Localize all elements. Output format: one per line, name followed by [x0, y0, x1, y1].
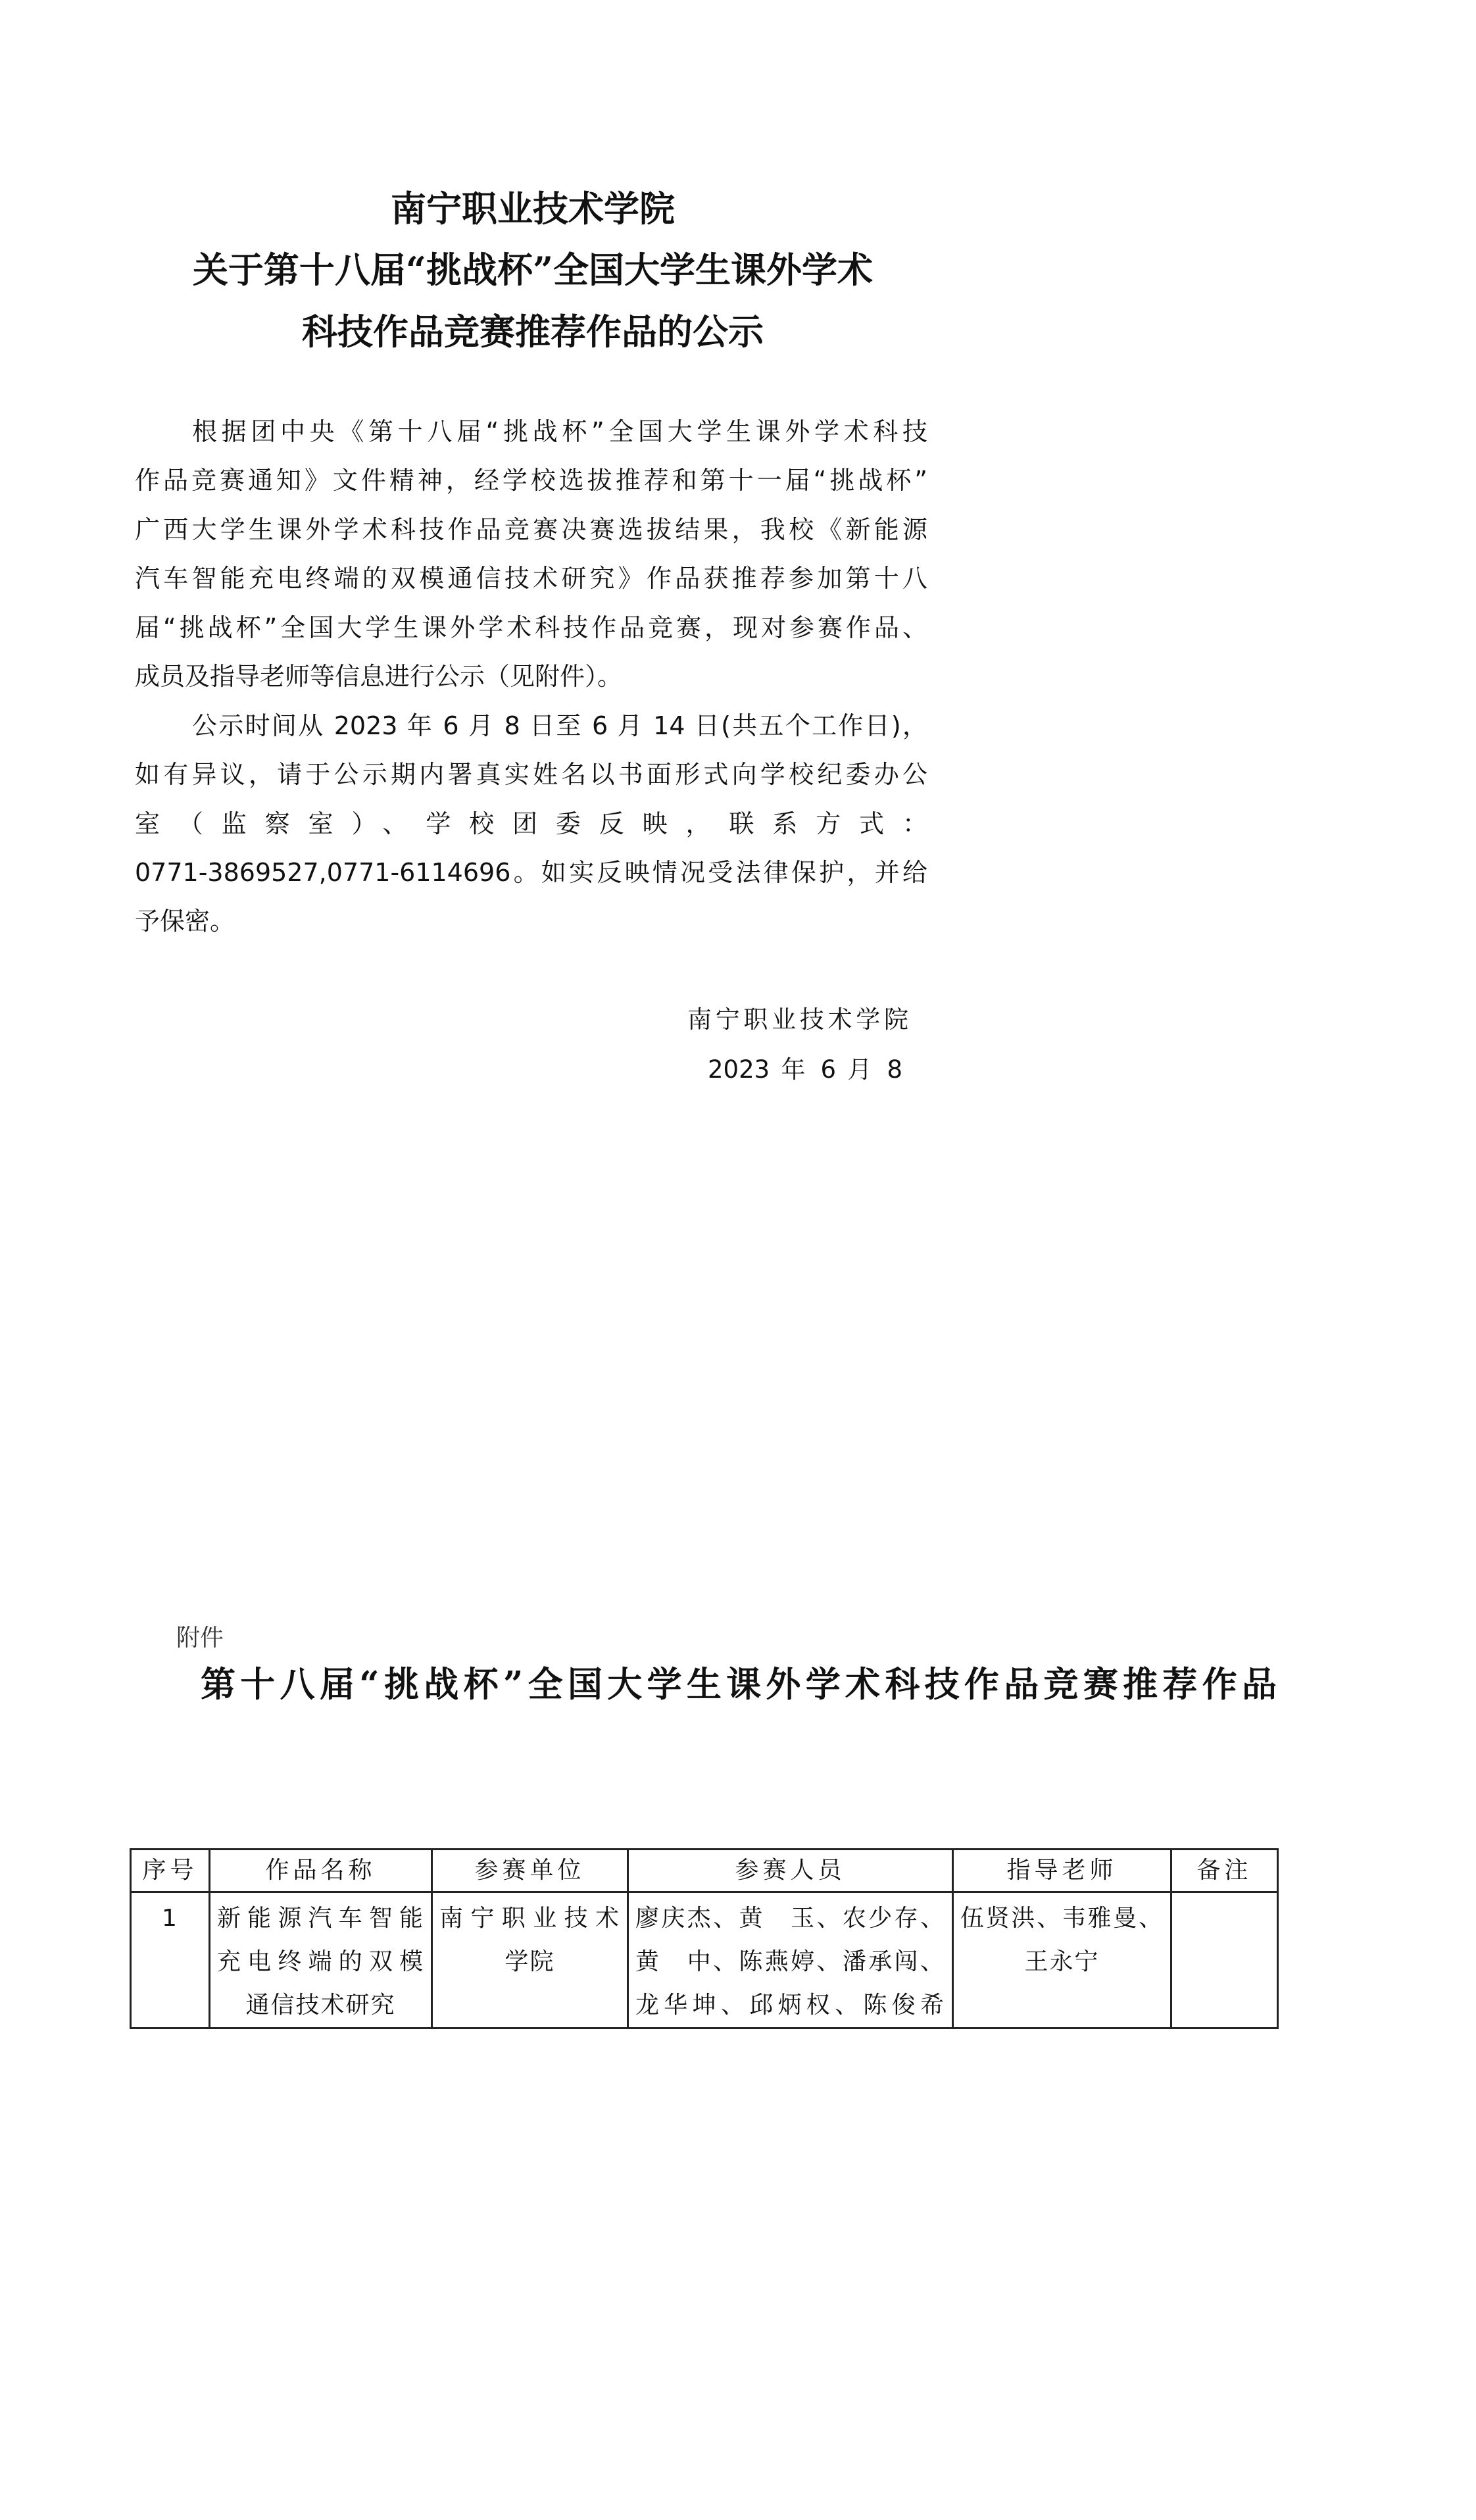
members-line: 廖庆杰、黄 玉、农少存、	[629, 1897, 952, 1940]
notice-title-line-3: 科技作品竞赛推荐作品的公示	[135, 312, 931, 351]
cell-index-value: 1	[132, 1897, 209, 1940]
work-name-line: 通信技术研究	[210, 1984, 431, 2027]
advisors-line: 王永宁	[954, 1940, 1170, 1984]
work-name-line: 新能源汽车智能	[210, 1897, 431, 1940]
paragraph-2-line: 予保密。	[135, 907, 927, 937]
column-header-unit: 参赛单位	[432, 1850, 628, 1892]
table-header-row: 序号 作品名称 参赛单位 参赛人员 指导老师 备注	[131, 1850, 1278, 1892]
paragraph-2-line: 0771-3869527,0771-6114696。如实反映情况受法律保护，并给	[135, 858, 927, 888]
unit-line: 南宁职业技术	[433, 1897, 627, 1940]
work-name-line: 充电终端的双模	[210, 1940, 431, 1984]
cell-remarks	[1171, 1892, 1278, 2029]
column-header-advisors: 指导老师	[953, 1850, 1171, 1892]
cell-members: 廖庆杰、黄 玉、农少存、 黄 中、陈燕婷、潘承闯、 龙华坤、邱炳权、陈俊希	[628, 1892, 953, 2029]
column-header-index: 序号	[131, 1850, 210, 1892]
cell-index: 1	[131, 1892, 210, 2029]
annex-title: 第十八届“挑战杯”全国大学生课外学术科技作品竞赛推荐作品	[201, 1665, 1277, 1707]
paragraph-2-line: 如有异议，请于公示期内署真实姓名以书面形式向学校纪委办公	[135, 760, 927, 790]
signature-org: 南宁职业技术学院	[687, 1005, 908, 1036]
cell-advisors: 伍贤洪、韦雅曼、 王永宁	[953, 1892, 1171, 2029]
recommended-works-table: 序号 作品名称 参赛单位 参赛人员 指导老师 备注 1 新能源汽车智能 充电终端…	[130, 1848, 1279, 2029]
cell-unit: 南宁职业技术 学院	[432, 1892, 628, 2029]
paragraph-1-line: 汽车智能充电终端的双模通信技术研究》作品获推荐参加第十八	[135, 564, 927, 594]
table-row: 1 新能源汽车智能 充电终端的双模 通信技术研究 南宁职业技术 学院 廖庆杰、黄…	[131, 1892, 1278, 2029]
column-header-work-name: 作品名称	[210, 1850, 432, 1892]
advisors-line: 伍贤洪、韦雅曼、	[954, 1897, 1170, 1940]
notice-title-line-1: 南宁职业技术学院	[135, 189, 931, 228]
signature-date: 2023 年 6 月 8 日	[708, 1055, 902, 1086]
column-header-members: 参赛人员	[628, 1850, 953, 1892]
paragraph-1-line: 广西大学生课外学术科技作品竞赛决赛选拔结果，我校《新能源	[135, 515, 927, 545]
remarks-value	[1172, 1897, 1277, 1940]
cell-work-name: 新能源汽车智能 充电终端的双模 通信技术研究	[210, 1892, 432, 2029]
members-line: 黄 中、陈燕婷、潘承闯、	[629, 1940, 952, 1984]
notice-title-line-2: 关于第十八届“挑战杯”全国大学生课外学术	[135, 250, 931, 290]
paragraph-2-line: 公示时间从 2023 年 6 月 8 日至 6 月 14 日(共五个工作日)，	[192, 711, 927, 742]
paragraph-1-line: 根据团中央《第十八届“挑战杯”全国大学生课外学术科技	[192, 417, 927, 447]
paragraph-2-line: 室（监察室）、学校团委反映，联系方式：	[135, 809, 927, 840]
paragraph-1-line: 届“挑战杯”全国大学生课外学术科技作品竞赛，现对参赛作品、	[135, 613, 927, 643]
paragraph-1-line: 作品竞赛通知》文件精神，经学校选拔推荐和第十一届“挑战杯”	[135, 466, 927, 496]
paragraph-1-line: 成员及指导老师等信息进行公示（见附件）。	[135, 662, 927, 692]
column-header-remarks: 备注	[1171, 1850, 1278, 1892]
annex-label: 附件	[176, 1625, 224, 1651]
unit-line: 学院	[433, 1940, 627, 1984]
members-line: 龙华坤、邱炳权、陈俊希	[629, 1984, 952, 2027]
